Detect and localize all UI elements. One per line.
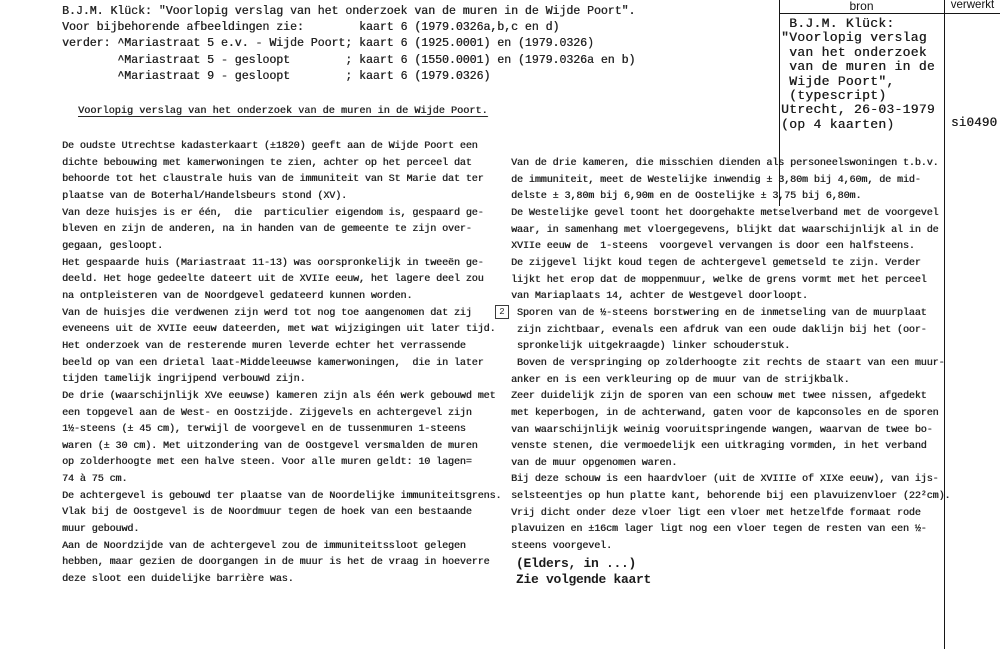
sidebar-vertical-rule: [944, 0, 945, 649]
margin-note-marker: 2: [495, 305, 509, 319]
bron-column-header: bron: [779, 0, 944, 13]
section-heading: Voorlopig verslag van het onderzoek van …: [78, 106, 488, 117]
verwerkt-column-header: verwerkt: [945, 0, 1000, 11]
bron-citation: B.J.M. Klück: "Voorlopig verslag van het…: [781, 17, 935, 132]
scanned-typescript-page: B.J.M. Klück: "Voorlopig verslag van het…: [0, 0, 1000, 649]
right-text-column: Van de drie kameren, die misschien diend…: [511, 156, 950, 556]
sidebar-header-underline: [779, 13, 1000, 14]
left-text-column: De oudste Utrechtse kadasterkaart (±1820…: [62, 139, 501, 589]
bron-cell-left-rule: [779, 0, 780, 206]
verwerkt-id: si0490: [951, 116, 997, 130]
closing-note: (Elders, in ...) Zie volgende kaart: [516, 556, 651, 587]
title-block: B.J.M. Klück: "Voorlopig verslag van het…: [62, 4, 635, 85]
